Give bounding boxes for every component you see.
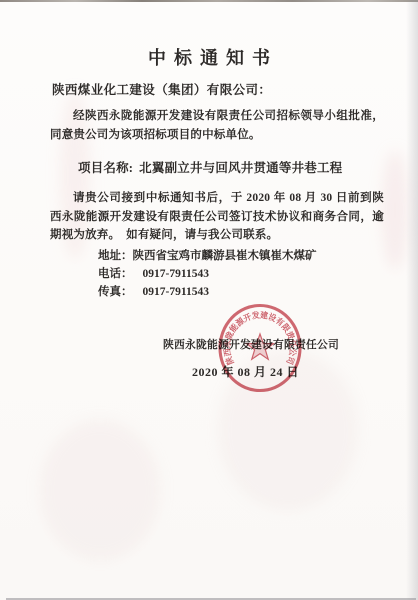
seal-star-icon (247, 334, 274, 359)
body-paragraph-approval: 经陕西永陇能源开发建设有限责任公司招标领导小组批准，同意贵公司为该项招标项目的中… (50, 107, 384, 145)
contact-row-address: 地址：陕西省宝鸡市麟游县崔木镇崔木煤矿 (98, 247, 317, 265)
phone-label: 电话： (98, 268, 133, 280)
company-seal-stamp: 陕西永陇能源开发建设有限责任公司 (212, 300, 308, 396)
project-name-value: 北翼副立井与回风井贯通等井巷工程 (139, 161, 342, 175)
salutation-line: 陕西煤业化工建设（集团）有限公司： (52, 80, 271, 98)
scanned-document-page: 中标通知书 陕西煤业化工建设（集团）有限公司： 经陕西永陇能源开发建设有限责任公… (0, 0, 418, 600)
scan-edge-top (0, 0, 418, 2)
contact-block: 地址：陕西省宝鸡市麟游县崔木镇崔木煤矿 电话：0917-7911543 传真：0… (98, 247, 317, 301)
address-label: 地址： (98, 250, 133, 262)
paper-smudge (382, 150, 408, 270)
fax-label: 传真： (98, 286, 133, 298)
project-name-label: 项目名称: (78, 161, 133, 175)
address-value: 陕西省宝鸡市麟游县崔木镇崔木煤矿 (133, 250, 317, 262)
paper-smudge (40, 420, 160, 560)
body-paragraph-instructions: 请贵公司接到中标通知书后，于 2020 年 08 月 30 日前到陕西永陇能源开… (50, 189, 384, 245)
fax-value: 0917-7911543 (143, 286, 209, 298)
project-name-line: 项目名称:北翼副立井与回风井贯通等井巷工程 (78, 158, 342, 176)
document-title: 中标通知书 (0, 44, 418, 70)
phone-value: 0917-7911543 (143, 268, 209, 280)
scan-edge-right (406, 0, 418, 600)
contact-row-phone: 电话：0917-7911543 (98, 265, 317, 283)
contact-row-fax: 传真：0917-7911543 (98, 283, 317, 301)
